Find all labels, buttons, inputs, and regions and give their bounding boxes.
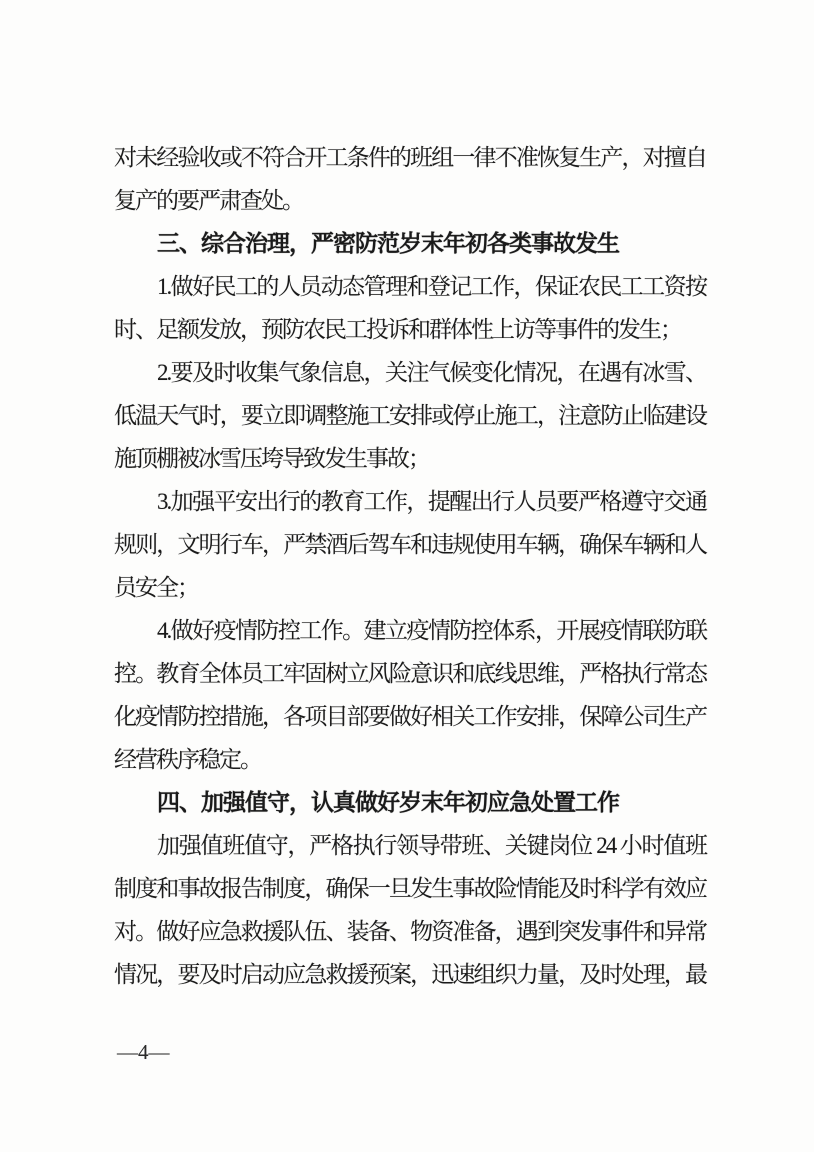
text-line: 控。教育全体员工牢固树立风险意识和底线思维，严格执行常态 (114, 652, 706, 695)
text-line: 规则，文明行车，严禁酒后驾车和违规使用车辆，确保车辆和人 (114, 523, 706, 566)
text-line: 经营秩序稳定。 (114, 738, 706, 781)
text-line: 1.做好民工的人员动态管理和登记工作，保证农民工工资按 (114, 265, 706, 308)
document-body: 对未经验收或不符合开工条件的班组一律不准恢复生产，对擅自复产的要严肃查处。三、综… (114, 136, 706, 996)
text-line: 对。做好应急救援队伍、装备、物资准备，遇到突发事件和异常 (114, 910, 706, 953)
section-heading: 三、综合治理，严密防范岁末年初各类事故发生 (114, 222, 706, 265)
text-line: 施顶棚被冰雪压垮导致发生事故； (114, 437, 706, 480)
document-page: 对未经验收或不符合开工条件的班组一律不准恢复生产，对擅自复产的要严肃查处。三、综… (0, 0, 814, 1152)
text-line: 时、足额发放，预防农民工投诉和群体性上访等事件的发生； (114, 308, 706, 351)
text-line: 对未经验收或不符合开工条件的班组一律不准恢复生产，对擅自 (114, 136, 706, 179)
text-line: 加强值班值守，严格执行领导带班、关键岗位 24 小时值班 (114, 824, 706, 867)
text-line: 低温天气时，要立即调整施工安排或停止施工，注意防止临建设 (114, 394, 706, 437)
text-line: 复产的要严肃查处。 (114, 179, 706, 222)
page-number: —4— (117, 1038, 170, 1066)
text-line: 制度和事故报告制度，确保一旦发生事故险情能及时科学有效应 (114, 867, 706, 910)
text-line: 4.做好疫情防控工作。建立疫情防控体系，开展疫情联防联 (114, 609, 706, 652)
text-line: 员安全； (114, 566, 706, 609)
text-line: 3.加强平安出行的教育工作，提醒出行人员要严格遵守交通 (114, 480, 706, 523)
text-line: 2.要及时收集气象信息，关注气候变化情况，在遇有冰雪、 (114, 351, 706, 394)
text-line: 情况，要及时启动应急救援预案，迅速组织力量，及时处理，最 (114, 953, 706, 996)
text-line: 化疫情防控措施，各项目部要做好相关工作安排，保障公司生产 (114, 695, 706, 738)
section-heading: 四、加强值守，认真做好岁末年初应急处置工作 (114, 781, 706, 824)
